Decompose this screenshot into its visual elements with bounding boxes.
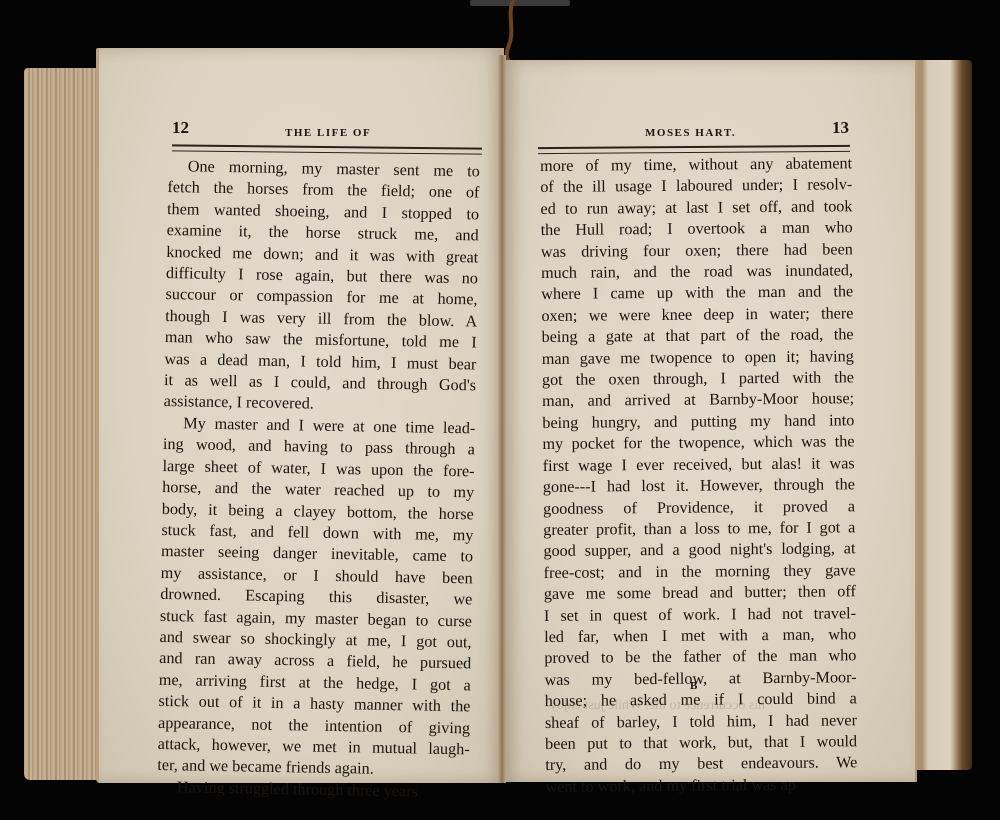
text-line: oxen; we were knee deep in water; there <box>541 303 853 327</box>
show-through-text: his occurrence to me. While just enjoy- <box>545 698 765 714</box>
left-running-head: THE LIFE OF <box>285 127 371 139</box>
text-line: where I came up with the man and the <box>541 282 853 306</box>
text-line: was driving four oxen; there had been <box>541 239 853 263</box>
text-line: ed to run away; at last I set off, and t… <box>540 196 852 220</box>
text-line: my pocket for the twopence, which was th… <box>542 432 854 456</box>
text-line: man, and arrived at Barnby-Moor house; <box>542 389 854 413</box>
text-line: try, and do my best endeavours. We <box>545 753 857 777</box>
text-line: much rain, and the road was inundated, <box>541 260 853 284</box>
text-line: more of my time, without any abatement <box>540 153 852 177</box>
signature-mark: B <box>690 680 697 692</box>
left-page-body: One morning, my master sent me tofetch t… <box>157 156 480 804</box>
text-line: good supper, and a good night's lodging,… <box>543 539 855 563</box>
text-line: been put to that work, but, that I would <box>545 731 857 755</box>
text-line: was my bed-fellow, at Barnby-Moor- <box>544 667 856 691</box>
text-line: Having struggled through three years <box>157 777 469 804</box>
text-line: the Hull road; I overtook a man who <box>541 217 853 241</box>
text-line: gave me some bread and butter; then off <box>544 581 856 605</box>
right-running-head: MOSES HART. <box>645 127 736 139</box>
text-line: got the oxen through, I parted with the <box>542 367 854 391</box>
text-line: man gave me twopence to open it; having <box>542 346 854 370</box>
right-page-number: 13 <box>832 118 849 138</box>
bookmark-ribbon-top <box>470 0 570 6</box>
text-line: went to work, and my first trial was ap <box>545 774 857 798</box>
text-line: free-cost; and in the morning they gave <box>544 560 856 584</box>
left-page-number: 12 <box>172 118 189 138</box>
text-line: of the ill usage I laboured under; I res… <box>540 175 852 199</box>
text-line: proved to be the father of the man who <box>544 646 856 670</box>
text-line: first wage I ever received, but alas! it… <box>543 453 855 477</box>
text-line: being a gate at that part of the road, t… <box>541 325 853 349</box>
page-block-left-edge <box>24 68 104 780</box>
text-line: led far, when I met with a man, who <box>544 624 856 648</box>
text-line: gone---I had lost it. However, through t… <box>543 474 855 498</box>
text-line: greater profit, than a loss to me, for I… <box>543 517 855 541</box>
page-block-right-edge <box>910 60 972 770</box>
text-line: being hungry, and putting my hand into <box>542 410 854 434</box>
book-gutter <box>498 55 506 783</box>
text-line: I set in quest of work. I had not travel… <box>544 603 856 627</box>
text-line: goodness of Providence, it proved a <box>543 496 855 520</box>
